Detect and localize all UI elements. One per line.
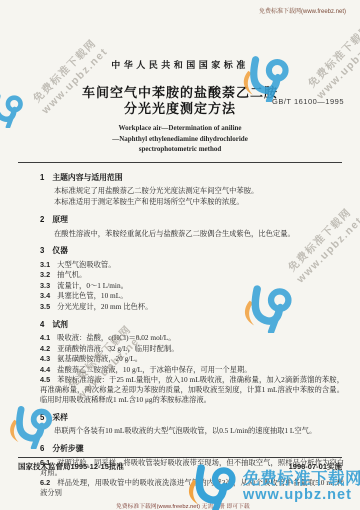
clause-item: 4.2亚硝酸钠溶液，32 g/L，临用时配制。 (40, 344, 344, 354)
section-number: 5 (40, 413, 44, 422)
clause-number: 4.4 (40, 365, 50, 374)
approval-note: 国家技术监督局1995-12-15批准 (18, 461, 124, 472)
english-title: Workplace air—Determination of aniline —… (0, 123, 360, 155)
section-title: 仪器 (52, 246, 68, 255)
title-line-1: 车间空气中苯胺的盐酸萘乙二胺 (0, 85, 360, 101)
clause-text: 氨基磺酸铵溶液，20 g/L。 (57, 354, 142, 363)
document-header: 中华人民共和国国家标准 车间空气中苯胺的盐酸萘乙二胺 分光光度测定方法 Work… (0, 0, 360, 155)
clause-number: 4.5 (40, 375, 50, 384)
clause-text: 抽气机。 (57, 270, 86, 279)
section-1-heading: 1主题内容与适用范围 (40, 173, 344, 184)
section-title: 主题内容与适用范围 (52, 173, 122, 182)
section-6-heading: 6分析步骤 (40, 444, 344, 455)
clause-number: 4.1 (40, 333, 50, 342)
clause-number: 4.3 (40, 354, 50, 363)
clause-item: 3.3流量计，0～1 L/min。 (40, 281, 344, 291)
section-2-heading: 2原理 (40, 215, 344, 226)
clause-item: 3.5分光光度计，20 mm 比色杯。 (40, 302, 344, 312)
clause-number: 3.3 (40, 281, 50, 290)
clause-text: 流量计，0～1 L/min。 (57, 281, 128, 290)
site-url: www.upbz.net (243, 488, 360, 503)
section-number: 4 (40, 320, 44, 329)
section-1-paragraph: 本标准适用于测定苯胺生产和使用场所空气中苯胺的浓度。 (40, 197, 344, 207)
section-4-heading: 4试剂 (40, 320, 344, 331)
section-title: 原理 (52, 215, 68, 224)
standard-document-page: 免费标准下载网 www.upbz.net 免费标准下载网 www.upbz.ne… (0, 0, 360, 510)
clause-text: 吸收液：盐酸，c(HCl)＝0.02 mol/L。 (57, 333, 175, 342)
english-title-line-1: Workplace air—Determination of aniline (0, 123, 360, 134)
clause-item: 3.2抽气机。 (40, 270, 344, 280)
site-name: 免费标准下载网 (243, 470, 360, 488)
clause-item: 4.1吸收液：盐酸，c(HCl)＝0.02 mol/L。 (40, 333, 344, 343)
section-title: 试剂 (52, 320, 68, 329)
clause-number: 3.5 (40, 302, 50, 311)
title-line-2: 分光光度测定方法 (0, 101, 360, 117)
section-5-heading: 5采样 (40, 413, 344, 424)
document-title: 车间空气中苯胺的盐酸萘乙二胺 分光光度测定方法 (0, 85, 360, 116)
clause-item: 4.3氨基磺酸铵溶液，20 g/L。 (40, 354, 344, 364)
clause-number: 3.2 (40, 270, 50, 279)
clause-text: 盐酸萘乙二胺溶液，10 g/L，于冰箱中保存，可用一个星期。 (57, 365, 251, 374)
clause-number: 4.2 (40, 344, 50, 353)
clause-item: 3.4具塞比色管，10 mL。 (40, 291, 344, 301)
national-standard-label: 中华人民共和国国家标准 (0, 58, 360, 71)
clause-number: 3.1 (40, 260, 50, 269)
clause-number: 3.4 (40, 291, 50, 300)
section-5-paragraph: 串联两个各装有10 mL吸收液的大型气泡吸收管，以0.5 L/min的速度抽取1… (40, 426, 344, 436)
clause-item: 3.1大型气泡吸收管。 (40, 260, 344, 270)
clause-text: 具塞比色管，10 mL。 (57, 291, 127, 300)
top-download-note: 免费标准下载网(www.freebz.net) (259, 6, 346, 15)
up-logo-icon (179, 460, 243, 510)
footer-divider (18, 457, 342, 458)
section-number: 1 (40, 173, 44, 182)
clause-number: 6.2 (40, 478, 50, 487)
clause-text: 苯胺标准溶液：于25 mL量瓶中，放入10 mL吸收液，准确称量，加入2滴新蒸馏… (40, 375, 344, 404)
english-title-line-3: spectrophotometric method (0, 144, 360, 155)
site-logo: 免费标准下载网 www.upbz.net (179, 460, 360, 510)
clause-item: 4.4盐酸萘乙二胺溶液，10 g/L，于冰箱中保存，可用一个星期。 (40, 365, 344, 375)
section-title: 分析步骤 (52, 444, 83, 453)
document-body: 1主题内容与适用范围 本标准规定了用盐酸萘乙二胺分光光度法测定车间空气中苯胺。 … (0, 163, 360, 499)
clause-item: 4.5苯胺标准溶液：于25 mL量瓶中，放入10 mL吸收液，准确称量，加入2滴… (40, 375, 344, 405)
section-title: 采样 (52, 413, 68, 422)
section-1-paragraph: 本标准规定了用盐酸萘乙二胺分光光度法测定车间空气中苯胺。 (40, 186, 344, 196)
clause-text: 亚硝酸钠溶液，32 g/L，临用时配制。 (57, 344, 178, 353)
section-2-paragraph: 在酸性溶液中，苯胺经重氮化后与盐酸萘乙二胺偶合生成紫色，比色定量。 (40, 229, 344, 239)
section-3-heading: 3仪器 (40, 246, 344, 257)
english-title-line-2: —Naphthyl ethylenediamine dihydrochlorid… (0, 134, 360, 145)
clause-text: 大型气泡吸收管。 (57, 260, 115, 269)
section-number: 3 (40, 246, 44, 255)
clause-text: 分光光度计，20 mm 比色杯。 (57, 302, 152, 311)
site-logo-text: 免费标准下载网 www.upbz.net (243, 470, 360, 503)
section-number: 6 (40, 444, 44, 453)
section-number: 2 (40, 215, 44, 224)
